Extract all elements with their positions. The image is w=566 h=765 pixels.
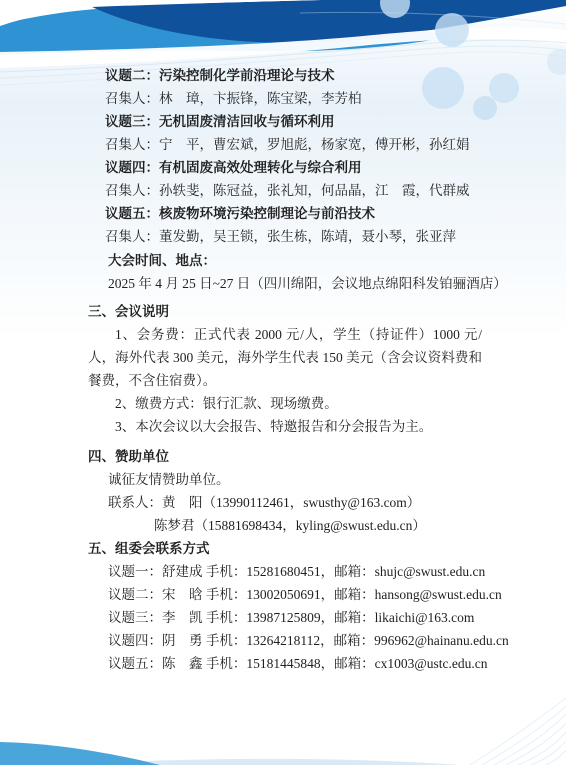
section-committee: 五、组委会联系方式 议题一：舒建成 手机：15281680451，邮箱：shuj… xyxy=(88,537,482,675)
topic-label: 议题三： xyxy=(105,114,159,129)
document-content: 议题二：污染控制化学前沿理论与技术 召集人：林 璋，卞振锋，陈宝梁，李芳柏 议题… xyxy=(88,64,482,675)
decor-circle xyxy=(547,49,566,75)
conveners-label: 召集人： xyxy=(105,229,159,244)
topic-title: 议题二：污染控制化学前沿理论与技术 xyxy=(88,64,482,87)
decor-circle xyxy=(435,13,469,47)
conveners-label: 召集人： xyxy=(105,183,159,198)
sponsor-note: 诚征友情赞助单位。 xyxy=(88,468,482,491)
topic-title-text: 核废物环境污染控制理论与前沿技术 xyxy=(159,206,375,221)
schedule-detail: 2025 年 4 月 25 日~27 日（四川绵阳，会议地点绵阳科发铂骊酒店） xyxy=(88,272,482,295)
topic-title: 议题四：有机固废高效处理转化与综合利用 xyxy=(88,156,482,179)
schedule-heading: 大会时间、地点： xyxy=(88,249,482,272)
footer-fan-lines xyxy=(470,698,566,765)
topic-title-text: 污染控制化学前沿理论与技术 xyxy=(159,68,335,83)
conveners-label: 召集人： xyxy=(105,91,159,106)
footer-wave-graphic xyxy=(0,680,566,765)
fan-line xyxy=(530,741,566,765)
topic-label: 议题四： xyxy=(105,160,159,175)
committee-contact: 议题一：舒建成 手机：15281680451，邮箱：shujc@swust.ed… xyxy=(88,560,482,583)
topic-label: 议题五： xyxy=(105,206,159,221)
conference-notice-page: 议题二：污染控制化学前沿理论与技术 召集人：林 璋，卞振锋，陈宝梁，李芳柏 议题… xyxy=(0,0,566,765)
conveners-names: 孙轶斐，陈冠益，张礼知，何品晶，江 霞，代群威 xyxy=(159,183,470,198)
section-heading: 三、会议说明 xyxy=(88,300,482,323)
footer-blue-curve xyxy=(0,742,160,765)
meeting-info-item: 1、会务费：正式代表 2000 元/人，学生（持证件）1000 元/人，海外代表… xyxy=(88,323,482,392)
conveners-names: 董发勤，吴王锁，张生栋，陈靖，聂小琴，张亚萍 xyxy=(159,229,456,244)
section-heading: 五、组委会联系方式 xyxy=(88,537,482,560)
fan-line xyxy=(545,750,566,765)
committee-contact: 议题四：阴 勇 手机：13264218112，邮箱：996962@hainanu… xyxy=(88,629,482,652)
fan-line xyxy=(494,714,566,765)
fan-line xyxy=(470,698,566,765)
topic-conveners: 召集人：林 璋，卞振锋，陈宝梁，李芳柏 xyxy=(88,87,482,110)
sponsor-contact-2: 陈梦君（15881698434，kyling@swust.edu.cn） xyxy=(88,514,482,537)
footer-tail xyxy=(120,759,460,765)
decor-circle xyxy=(489,73,519,103)
topic-conveners: 召集人：宁 平，曹宏斌，罗旭彪，杨家宽，傅开彬，孙红娟 xyxy=(88,133,482,156)
committee-contact: 议题五：陈 鑫 手机：15181445848，邮箱：cx1003@ustc.ed… xyxy=(88,652,482,675)
topic-title: 议题三：无机固废清洁回收与循环利用 xyxy=(88,110,482,133)
committee-contact: 议题三：李 凯 手机：13987125809，邮箱：likaichi@163.c… xyxy=(88,606,482,629)
topic-conveners: 召集人：孙轶斐，陈冠益，张礼知，何品晶，江 霞，代群威 xyxy=(88,179,482,202)
topic-title-text: 有机固废高效处理转化与综合利用 xyxy=(159,160,362,175)
section-heading: 四、赞助单位 xyxy=(88,445,482,468)
section-meeting-info: 三、会议说明 1、会务费：正式代表 2000 元/人，学生（持证件）1000 元… xyxy=(88,300,482,438)
sponsor-contact-1: 联系人：黄 阳（13990112461，swusthy@163.com） xyxy=(88,491,482,514)
topic-title-text: 无机固废清洁回收与循环利用 xyxy=(159,114,335,129)
topic-title: 议题五：核废物环境污染控制理论与前沿技术 xyxy=(88,202,482,225)
conveners-names: 林 璋，卞振锋，陈宝梁，李芳柏 xyxy=(159,91,362,106)
committee-contact: 议题二：宋 晗 手机：13002050691，邮箱：hansong@swust.… xyxy=(88,583,482,606)
schedule-block: 大会时间、地点： 2025 年 4 月 25 日~27 日（四川绵阳，会议地点绵… xyxy=(88,249,482,295)
conveners-label: 召集人： xyxy=(105,137,159,152)
meeting-info-item: 3、本次会议以大会报告、特邀报告和分会报告为主。 xyxy=(88,415,482,438)
section-sponsor: 四、赞助单位 诚征友情赞助单位。 联系人：黄 阳（13990112461，swu… xyxy=(88,445,482,537)
conveners-names: 宁 平，曹宏斌，罗旭彪，杨家宽，傅开彬，孙红娟 xyxy=(159,137,470,152)
topic-conveners: 召集人：董发勤，吴王锁，张生栋，陈靖，聂小琴，张亚萍 xyxy=(88,225,482,248)
meeting-info-item: 2、缴费方式：银行汇款、现场缴费。 xyxy=(88,392,482,415)
topic-list: 议题二：污染控制化学前沿理论与技术 召集人：林 璋，卞振锋，陈宝梁，李芳柏 议题… xyxy=(88,64,482,248)
topic-label: 议题二： xyxy=(105,68,159,83)
